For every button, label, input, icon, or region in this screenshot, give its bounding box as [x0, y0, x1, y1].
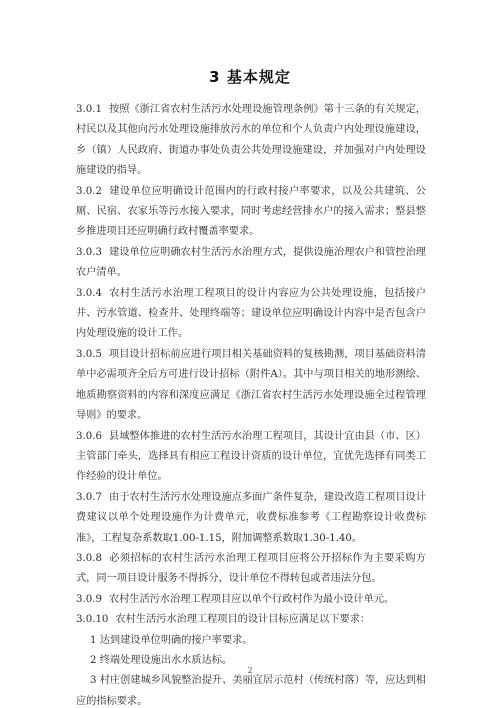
clause-number: 3.0.4 [76, 288, 102, 299]
clause-text: 农村生活污水治理工程项目的设计内容应为公共处理设施，包括接户井、污水管道、检查井… [76, 288, 426, 340]
clause-text: 农村生活污水治理工程项目应以单个行政村作为最小设计单元。 [109, 594, 394, 605]
list-item: 3 村庄创建城乡风貌整治提升、美丽宜居示范村（传统村落）等，应达到相应的指标要求… [76, 671, 426, 708]
clause-3-0-1: 3.0.1按照《浙江省农村生活污水处理设施管理条例》第十三条的有关规定，村民以及… [76, 100, 426, 182]
clause-3-0-5: 3.0.5项目设计招标前应进行项目相关基础资料的复核勘测，项目基础资料清单中必需… [76, 345, 426, 427]
clause-3-0-6: 3.0.6县域整体推进的农村生活污水治理工程项目，其设计宜由县（市、区）主管部门… [76, 427, 426, 488]
clause-number: 3.0.6 [76, 431, 102, 442]
clause-3-0-4: 3.0.4农村生活污水治理工程项目的设计内容应为公共处理设施，包括接户井、污水管… [76, 284, 426, 345]
clause-3-0-10: 3.0.10农村生活污水治理工程项目的设计目标应满足以下要求： [76, 610, 426, 630]
list-item: 1 达到建设单位明确的接户率要求。 [76, 631, 426, 651]
clause-number: 3.0.3 [76, 247, 102, 258]
clause-3-0-8: 3.0.8必须招标的农村生活污水治理工程项目应将公开招标作为主要采购方式，同一项… [76, 549, 426, 590]
clause-text: 建设单位应明确农村生活污水治理方式，提供设施治理农户和管控治理农户清单。 [76, 247, 426, 278]
section-title: 3 基本规定 [0, 66, 500, 87]
document-body: 3.0.1按照《浙江省农村生活污水处理设施管理条例》第十三条的有关规定，村民以及… [76, 100, 426, 708]
clause-text: 县域整体推进的农村生活污水治理工程项目，其设计宜由县（市、区）主管部门牵头，选择… [76, 431, 426, 483]
document-page: 3 基本规定 3.0.1按照《浙江省农村生活污水处理设施管理条例》第十三条的有关… [0, 0, 500, 708]
clause-text: 按照《浙江省农村生活污水处理设施管理条例》第十三条的有关规定，村民以及其他向污水… [76, 104, 426, 176]
clause-text: 由于农村生活污水处理设施点多面广条件复杂，建设改造工程项目设计费建议以单个处理设… [76, 492, 426, 544]
clause-number: 3.0.9 [76, 594, 102, 605]
clause-text: 建设单位应明确设计范围内的行政村接户率要求，以及公共建筑、公厕、民宿、农家乐等污… [76, 186, 426, 238]
clause-number: 3.0.2 [76, 186, 102, 197]
clause-text: 必须招标的农村生活污水治理工程项目应将公开招标作为主要采购方式，同一项目设计服务… [76, 553, 426, 584]
page-number: 2 [0, 666, 500, 675]
clause-3-0-7: 3.0.7由于农村生活污水处理设施点多面广条件复杂，建设改造工程项目设计费建议以… [76, 488, 426, 549]
clause-3-0-9: 3.0.9农村生活污水治理工程项目应以单个行政村作为最小设计单元。 [76, 590, 426, 610]
clause-text: 农村生活污水治理工程项目的设计目标应满足以下要求： [115, 614, 370, 625]
clause-number: 3.0.10 [76, 614, 108, 625]
clause-number: 3.0.1 [76, 104, 102, 115]
clause-number: 3.0.8 [76, 553, 102, 564]
clause-3-0-3: 3.0.3建设单位应明确农村生活污水治理方式，提供设施治理农户和管控治理农户清单… [76, 243, 426, 284]
clause-number: 3.0.5 [76, 349, 102, 360]
clause-number: 3.0.7 [76, 492, 102, 503]
clause-text: 项目设计招标前应进行项目相关基础资料的复核勘测，项目基础资料清单中必需项齐全后方… [76, 349, 426, 421]
clause-3-0-2: 3.0.2建设单位应明确设计范围内的行政村接户率要求，以及公共建筑、公厕、民宿、… [76, 182, 426, 243]
